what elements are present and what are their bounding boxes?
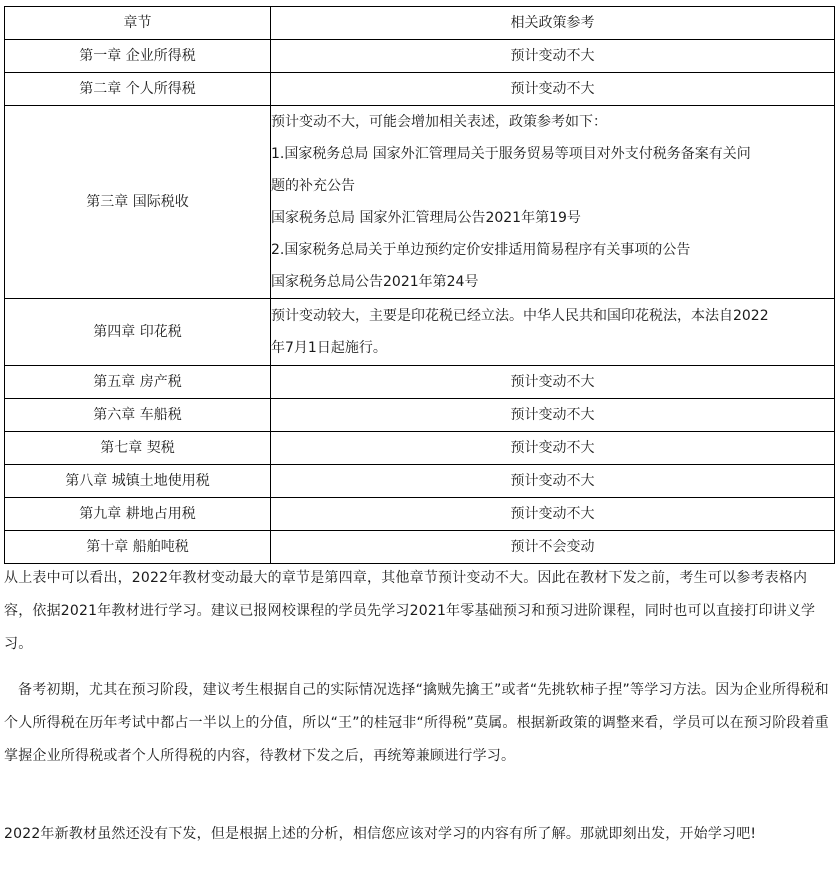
policy-line: 题的补充公告 (271, 170, 834, 202)
policy-line: 预计变动较大，主要是印花税已经立法。中华人民共和国印花税法，本法自2022 (271, 300, 834, 332)
table-row: 第十章 船舶吨税 预计不会变动 (5, 531, 835, 564)
table-row: 第一章 企业所得税 预计变动不大 (5, 40, 835, 73)
policy-cell: 预计变动不大 (271, 498, 835, 531)
policy-cell: 预计变动不大，可能会增加相关表述，政策参考如下： 1.国家税务总局 国家外汇管理… (271, 106, 835, 299)
table-row: 第三章 国际税收 预计变动不大，可能会增加相关表述，政策参考如下： 1.国家税务… (5, 106, 835, 299)
chapter-cell: 第十章 船舶吨税 (5, 531, 271, 564)
header-chapter: 章节 (5, 7, 271, 40)
policy-cell: 预计变动不大 (271, 465, 835, 498)
chapter-cell: 第二章 个人所得税 (5, 73, 271, 106)
chapter-policy-table: 章节 相关政策参考 第一章 企业所得税 预计变动不大 第二章 个人所得税 预计变… (4, 6, 835, 564)
table-row: 第二章 个人所得税 预计变动不大 (5, 73, 835, 106)
closing-paragraph: 2022年新教材虽然还没有下发，但是根据上述的分析，相信您应该对学习的内容有所了… (4, 818, 830, 851)
chapter-cell: 第一章 企业所得税 (5, 40, 271, 73)
table-row: 第八章 城镇土地使用税 预计变动不大 (5, 465, 835, 498)
chapter-cell: 第五章 房产税 (5, 366, 271, 399)
table-row: 第九章 耕地占用税 预计变动不大 (5, 498, 835, 531)
policy-cell: 预计变动不大 (271, 432, 835, 465)
table-row: 第四章 印花税 预计变动较大，主要是印花税已经立法。中华人民共和国印花税法，本法… (5, 299, 835, 366)
chapter-cell: 第九章 耕地占用税 (5, 498, 271, 531)
policy-line: 国家税务总局公告2021年第24号 (271, 266, 834, 298)
table-row: 第七章 契税 预计变动不大 (5, 432, 835, 465)
policy-cell: 预计变动不大 (271, 73, 835, 106)
policy-line: 2.国家税务总局关于单边预约定价安排适用简易程序有关事项的公告 (271, 234, 834, 266)
table-header-row: 章节 相关政策参考 (5, 7, 835, 40)
policy-cell: 预计变动不大 (271, 40, 835, 73)
chapter-cell: 第八章 城镇土地使用税 (5, 465, 271, 498)
policy-line: 国家税务总局 国家外汇管理局公告2021年第19号 (271, 202, 834, 234)
chapter-cell: 第七章 契税 (5, 432, 271, 465)
chapter-cell: 第三章 国际税收 (5, 106, 271, 299)
policy-line: 年7月1日起施行。 (271, 332, 834, 364)
summary-paragraph: 从上表中可以看出，2022年教材变动最大的章节是第四章，其他章节预计变动不大。因… (4, 562, 830, 661)
chapter-cell: 第四章 印花税 (5, 299, 271, 366)
policy-cell: 预计不会变动 (271, 531, 835, 564)
header-policy: 相关政策参考 (271, 7, 835, 40)
table-row: 第五章 房产税 预计变动不大 (5, 366, 835, 399)
policy-line: 预计变动不大，可能会增加相关表述，政策参考如下： (271, 106, 834, 138)
policy-cell: 预计变动不大 (271, 366, 835, 399)
article-page: 章节 相关政策参考 第一章 企业所得税 预计变动不大 第二章 个人所得税 预计变… (0, 0, 840, 879)
policy-cell: 预计变动较大，主要是印花税已经立法。中华人民共和国印花税法，本法自2022 年7… (271, 299, 835, 366)
policy-line: 1.国家税务总局 国家外汇管理局关于服务贸易等项目对外支付税务备案有关问 (271, 138, 834, 170)
policy-cell: 预计变动不大 (271, 399, 835, 432)
chapter-cell: 第六章 车船税 (5, 399, 271, 432)
table-row: 第六章 车船税 预计变动不大 (5, 399, 835, 432)
study-advice-paragraph: 备考初期，尤其在预习阶段，建议考生根据自己的实际情况选择“擒贼先擒王”或者“先挑… (4, 674, 830, 773)
